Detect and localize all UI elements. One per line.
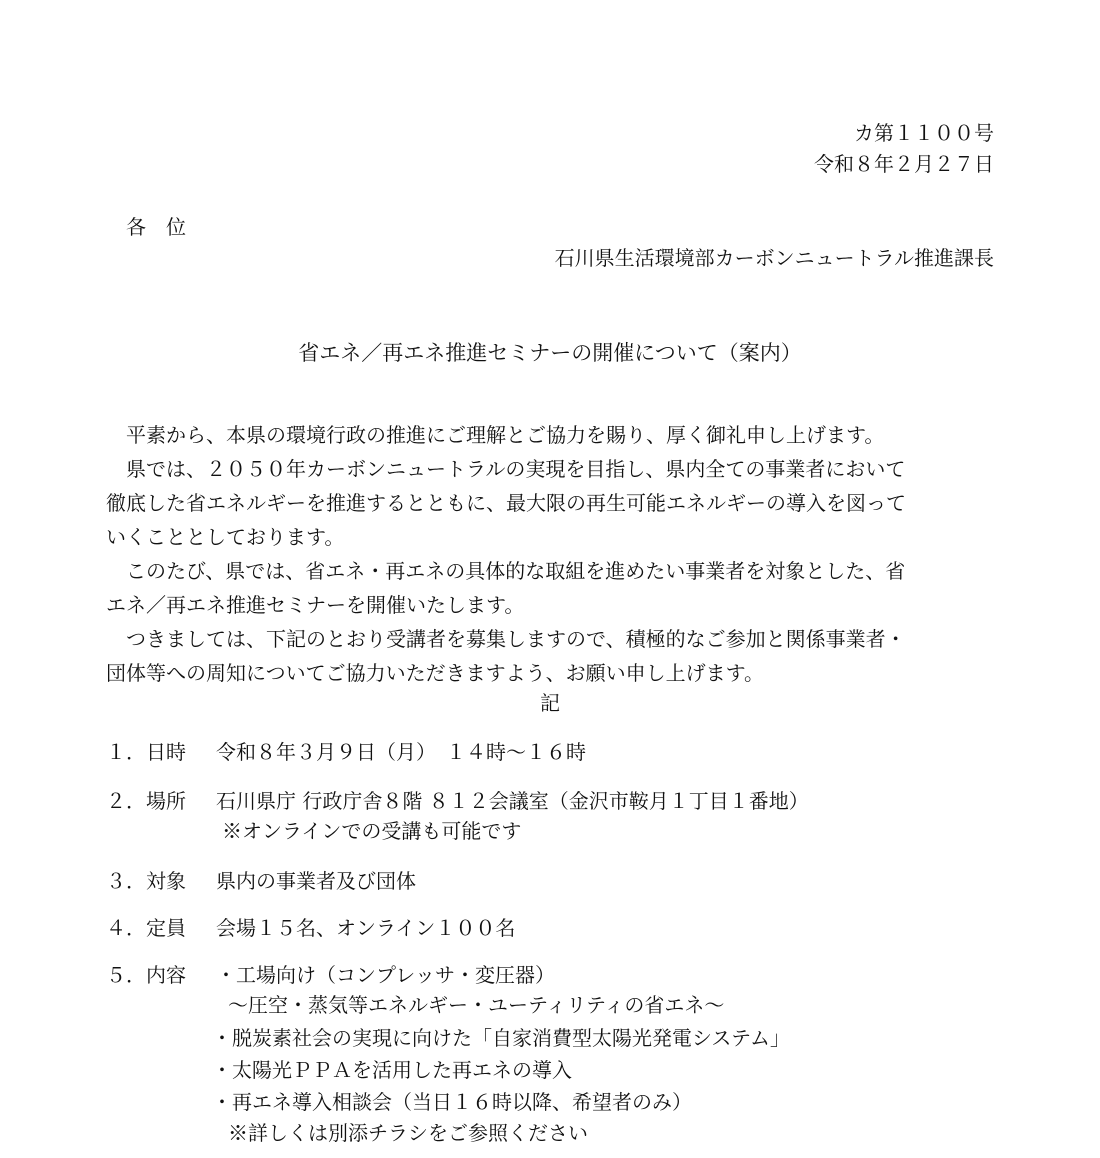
item-venue: ２．場所石川県庁 行政庁舎８階 ８１２会議室（金沢市鞍月１丁目１番地） <box>106 786 809 816</box>
content-subline: ・太陽光ＰＰＡを活用した再エネの導入 <box>212 1055 572 1085</box>
body-line: このたび、県では、省エネ・再エネの具体的な取組を進めたい事業者を対象とした、省 <box>106 554 996 588</box>
item-value: 会場１５名、オンライン１００名 <box>216 916 515 940</box>
document-title: 省エネ／再エネ推進セミナーの開催について（案内） <box>0 337 1100 369</box>
sender: 石川県生活環境部カーボンニュートラル推進課長 <box>555 243 994 273</box>
body-paragraphs: 平素から、本県の環境行政の推進にご理解とご協力を賜り、厚く御礼申し上げます。 県… <box>106 418 996 690</box>
doc-date: 令和８年２月２７日 <box>814 149 994 179</box>
body-line: 県では、２０５０年カーボンニュートラルの実現を目指し、県内全ての事業者において <box>106 452 996 486</box>
doc-number: カ第１１００号 <box>854 118 994 148</box>
ki-heading: 記 <box>540 688 560 718</box>
item-content: ５．内容・工場向け（コンプレッサ・変圧器） <box>106 960 555 990</box>
item-capacity: ４．定員会場１５名、オンライン１００名 <box>106 913 515 943</box>
item-target: ３．対象県内の事業者及び団体 <box>106 866 416 896</box>
body-line: エネ／再エネ推進セミナーを開催いたします。 <box>106 588 996 622</box>
recipient: 各 位 <box>126 212 186 242</box>
item-label: ２．場所 <box>106 786 216 816</box>
item-value: 令和８年３月９日（月） １４時～１６時 <box>216 740 586 764</box>
content-subline: ※詳しくは別添チラシをご参照ください <box>228 1118 588 1148</box>
body-line: いくこととしております。 <box>106 520 996 554</box>
body-line: 団体等への周知についてご協力いただきますよう、お願い申し上げます。 <box>106 656 996 690</box>
item-value: ・工場向け（コンプレッサ・変圧器） <box>216 963 555 987</box>
content-subline: ・脱炭素社会の実現に向けた「自家消費型太陽光発電システム」 <box>212 1023 790 1053</box>
content-subline: ・再エネ導入相談会（当日１６時以降、希望者のみ） <box>212 1087 692 1117</box>
item-label: ５．内容 <box>106 960 216 990</box>
body-line: 平素から、本県の環境行政の推進にご理解とご協力を賜り、厚く御礼申し上げます。 <box>106 418 996 452</box>
content-subline: ～圧空・蒸気等エネルギー・ユーティリティの省エネ～ <box>228 990 724 1020</box>
item-value: 石川県庁 行政庁舎８階 ８１２会議室（金沢市鞍月１丁目１番地） <box>216 789 809 813</box>
venue-note: ※オンラインでの受講も可能です <box>222 816 521 846</box>
item-datetime: １．日時令和８年３月９日（月） １４時～１６時 <box>106 737 586 767</box>
item-label: ３．対象 <box>106 866 216 896</box>
item-label: １．日時 <box>106 737 216 767</box>
item-value: 県内の事業者及び団体 <box>216 869 416 893</box>
body-line: つきましては、下記のとおり受講者を募集しますので、積極的なご参加と関係事業者・ <box>106 622 996 656</box>
body-line: 徹底した省エネルギーを推進するとともに、最大限の再生可能エネルギーの導入を図って <box>106 486 996 520</box>
item-label: ４．定員 <box>106 913 216 943</box>
